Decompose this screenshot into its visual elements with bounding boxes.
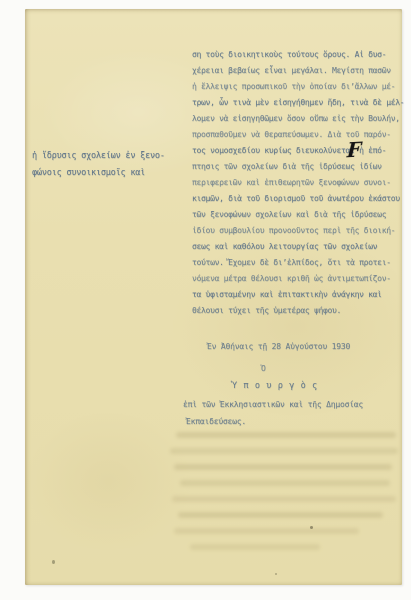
dateline: Ἐν Ἀθήναις τῇ 28 Αὐγούστου 1930: [207, 342, 350, 351]
body-line: προσπαθοῦμεν νὰ θεραπεύσωμεν. Διὰ τοῦ πα…: [192, 127, 404, 143]
ink-speck: [52, 560, 55, 564]
body-line: κισμῶν, διὰ τοῦ διορισμοῦ τοῦ ἀνωτέρου ἑ…: [192, 191, 404, 207]
body-line: ση τοὺς διοικητικοὺς τούτους ὅρους. Αἱ δ…: [192, 47, 404, 63]
office-line: ἐπὶ τῶν Ἐκκλησιαστικῶν καὶ τῆς Δημοσίας: [183, 400, 363, 409]
margin-annotation: ἡ ἵδρυσις σχολείων ἐν ξενο- φώνοις συνοι…: [32, 148, 192, 182]
body-line: λομεν νὰ εἰσηγηθῶμεν ὅσον οὔπω εἰς τὴν Β…: [192, 111, 404, 127]
body-line: τούτων. Ἔχομεν δὲ δι’ἐλπίδος, ὅτι τὰ προ…: [192, 255, 404, 271]
margin-note-line: ἡ ἵδρυσις σχολείων ἐν ξενο-: [32, 148, 192, 165]
ink-speck: [310, 526, 313, 529]
body-line: ἰδίου συμβουλίου προνοοῦντος περὶ τῆς δι…: [192, 223, 404, 239]
paper-sheet: ἡ ἵδρυσις σχολείων ἐν ξενο- φώνοις συνοι…: [25, 9, 402, 585]
ink-speck: [275, 573, 277, 575]
handwritten-mark-f: F: [346, 138, 361, 163]
body-line: ἡ ἔλλειψις προσωπικοῦ τὴν ὁποίαν δι’ἄλλω…: [192, 79, 404, 95]
body-line: τῶν ξενοφώνων σχολείων καὶ διὰ τῆς ἱδρύσ…: [192, 207, 404, 223]
body-line: χέρειαι βεβαίως εἶναι μεγάλαι. Μεγίστη π…: [192, 63, 404, 79]
body-line: περιφερειῶν καὶ ἐπιθεωρητῶν ξενοφώνων συ…: [192, 175, 404, 191]
scanned-page: ἡ ἵδρυσις σχολείων ἐν ξενο- φώνοις συνοι…: [0, 0, 411, 600]
bleed-through-text: [170, 432, 402, 572]
margin-note-line: φώνοις συνοικισμοῖς καὶ: [32, 165, 192, 182]
body-line: τρων, ὧν τινὰ μὲν εἰσηγήθημεν ἤδη, τινὰ …: [192, 95, 404, 111]
office-line: Ἐκπαιδεύσεως.: [186, 417, 246, 426]
body-line: νόμενα μέτρα θέλουσι κριθῆ ὡς ἀντιμετωπί…: [192, 271, 404, 287]
body-line: τα ὑφισταμένην καὶ ἐπιτακτικὴν ἀνάγκην κ…: [192, 287, 404, 303]
signature-article: Ὁ: [261, 364, 266, 373]
body-line: τος νομοσχεδίου κυρίως διευκολύνεται ἡ ἐ…: [192, 143, 404, 159]
body-line: σεως καὶ καθόλου λειτουργίας τῶν σχολείω…: [192, 239, 404, 255]
body-line: πτησις τῶν σχολείων διὰ τῆς ἱδρύσεως ἰδί…: [192, 159, 404, 175]
body-line: θέλουσι τύχει τῆς ὑμετέρας ψήφου.: [192, 303, 404, 319]
minister-title: Ὑ π ο υ ρ γ ὸ ς: [232, 381, 318, 391]
body-text: ση τοὺς διοικητικοὺς τούτους ὅρους. Αἱ δ…: [192, 47, 404, 319]
